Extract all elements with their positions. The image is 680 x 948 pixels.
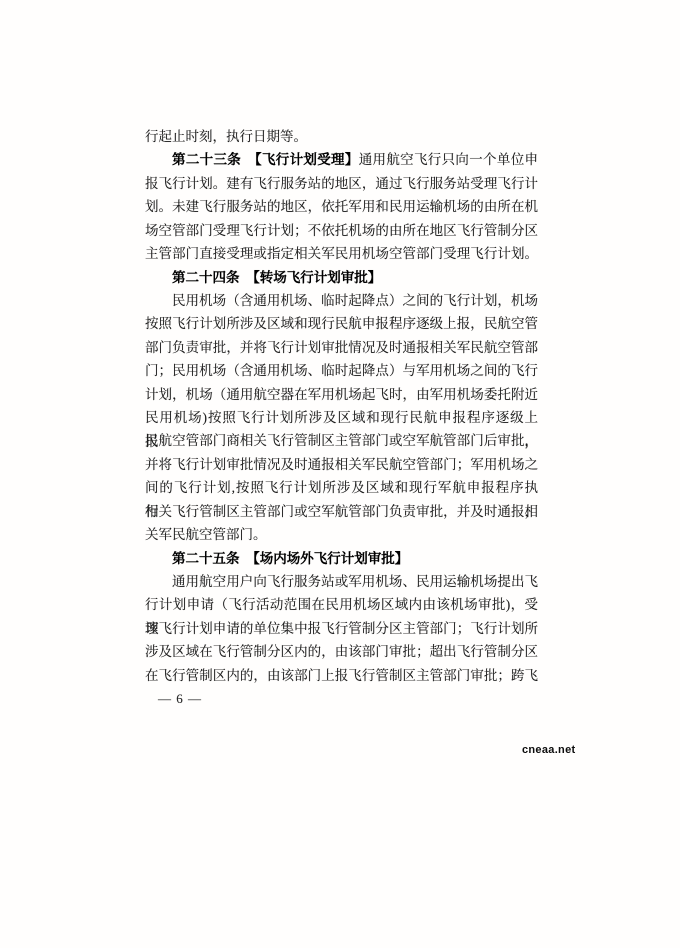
text-segment: 场空管部门受理飞行计划；不依托机场的由所在地区飞行管制分区 xyxy=(145,223,538,238)
text-line: 计划，机场（通用航空器在军用机场起飞时，由军用机场委托附近 xyxy=(145,383,538,406)
text-segment: 主管部门直接受理或指定相关军民用机场空管部门受理飞行计划。 xyxy=(145,246,538,261)
text-segment: 计划，机场（通用航空器在军用机场起飞时，由军用机场委托附近 xyxy=(145,387,538,402)
page-number: — 6 — xyxy=(145,687,538,710)
text-line: 涉及区域在飞行管制分区内的，由该部门审批；超出飞行管制分区 xyxy=(145,640,538,663)
text-line: 该飞行计划申请的单位集中报飞行管制分区主管部门；飞行计划所 xyxy=(145,617,538,640)
text-line: 第二十五条 【场内场外飞行计划审批】 xyxy=(145,547,538,570)
heading-segment: 第二十四条 【转场飞行计划审批】 xyxy=(172,270,381,285)
text-segment: 在飞行管制区内的，由该部门上报飞行管制区主管部门审批；跨飞 xyxy=(145,668,538,683)
document-body: 行起止时刻，执行日期等。第二十三条 【飞行计划受理】通用航空飞行只向一个单位申报… xyxy=(145,125,538,711)
text-line: 第二十四条 【转场飞行计划审批】 xyxy=(145,266,538,289)
document-page: 行起止时刻，执行日期等。第二十三条 【飞行计划受理】通用航空飞行只向一个单位申报… xyxy=(0,0,680,948)
text-segment: 部门负责审批，并将飞行计划审批情况及时通报相关军民航空管部 xyxy=(145,340,538,355)
text-line: 第二十三条 【飞行计划受理】通用航空飞行只向一个单位申 xyxy=(145,148,538,171)
text-line: 划。未建飞行服务站的地区，依托军用和民用运输机场的由所在机 xyxy=(145,195,538,218)
text-segment: 划。未建飞行服务站的地区，依托军用和民用运输机场的由所在机 xyxy=(145,199,538,214)
text-segment: 民用机场（含通用机场、临时起降点）之间的飞行计划，机场 xyxy=(172,293,538,308)
text-segment: 门；民用机场（含通用机场、临时起降点）与军用机场之间的飞行 xyxy=(145,363,538,378)
text-segment: 关军民航空管部门。 xyxy=(145,527,267,542)
text-line: 主管部门直接受理或指定相关军民用机场空管部门受理飞行计划。 xyxy=(145,242,538,265)
text-line: 民航空管部门商相关飞行管制区主管部门或空军航管部门后审批， xyxy=(145,429,538,452)
text-line: 部门负责审批，并将飞行计划审批情况及时通报相关军民航空管部 xyxy=(145,336,538,359)
text-segment: 报飞行计划。建有飞行服务站的地区，通过飞行服务站受理飞行计 xyxy=(145,176,538,191)
text-segment: 行起止时刻，执行日期等。 xyxy=(145,129,307,144)
text-line: 关军民航空管部门。 xyxy=(145,523,538,546)
heading-segment: 第二十三条 【飞行计划受理】 xyxy=(172,152,359,167)
text-segment: 相关飞行管制区主管部门或空军航管部门负责审批，并及时通报相 xyxy=(145,504,538,519)
text-line: 在飞行管制区内的，由该部门上报飞行管制区主管部门审批；跨飞 xyxy=(145,664,538,687)
document-lines: 行起止时刻，执行日期等。第二十三条 【飞行计划受理】通用航空飞行只向一个单位申报… xyxy=(145,125,538,687)
text-line: 并将飞行计划审批情况及时通报相关军民航空管部门；军用机场之 xyxy=(145,453,538,476)
text-line: 门；民用机场（含通用机场、临时起降点）与军用机场之间的飞行 xyxy=(145,359,538,382)
text-segment: 按照飞行计划所涉及区域和现行民航申报程序逐级上报，民航空管 xyxy=(145,316,538,331)
text-segment: 通用航空飞行只向一个单位申 xyxy=(359,152,538,167)
text-line: 报飞行计划。建有飞行服务站的地区，通过飞行服务站受理飞行计 xyxy=(145,172,538,195)
watermark: cneaa.net xyxy=(522,744,575,756)
text-line: 行起止时刻，执行日期等。 xyxy=(145,125,538,148)
text-line: 民用机场（含通用机场、临时起降点）之间的飞行计划，机场 xyxy=(145,289,538,312)
text-segment: 并将飞行计划审批情况及时通报相关军民航空管部门；军用机场之 xyxy=(145,457,538,472)
text-line: 场空管部门受理飞行计划；不依托机场的由所在地区飞行管制分区 xyxy=(145,219,538,242)
text-line: 相关飞行管制区主管部门或空军航管部门负责审批，并及时通报相 xyxy=(145,500,538,523)
text-segment: 民航空管部门商相关飞行管制区主管部门或空军航管部门后审批， xyxy=(145,433,538,448)
text-line: 行计划申请（飞行活动范围在民用机场区域内由该机场审批)，受理 xyxy=(145,593,538,616)
text-line: 间的飞行计划,按照飞行计划所涉及区域和现行军航申报程序执行， xyxy=(145,476,538,499)
heading-segment: 第二十五条 【场内场外飞行计划审批】 xyxy=(172,551,408,566)
text-segment: 通用航空用户向飞行服务站或军用机场、民用运输机场提出飞 xyxy=(172,574,538,589)
text-line: 通用航空用户向飞行服务站或军用机场、民用运输机场提出飞 xyxy=(145,570,538,593)
text-segment: 涉及区域在飞行管制分区内的，由该部门审批；超出飞行管制分区 xyxy=(145,644,538,659)
text-line: 按照飞行计划所涉及区域和现行民航申报程序逐级上报，民航空管 xyxy=(145,312,538,335)
text-line: 民用机场)按照飞行计划所涉及区域和现行民航申报程序逐级上报， xyxy=(145,406,538,429)
text-segment: 该飞行计划申请的单位集中报飞行管制分区主管部门；飞行计划所 xyxy=(145,621,538,636)
